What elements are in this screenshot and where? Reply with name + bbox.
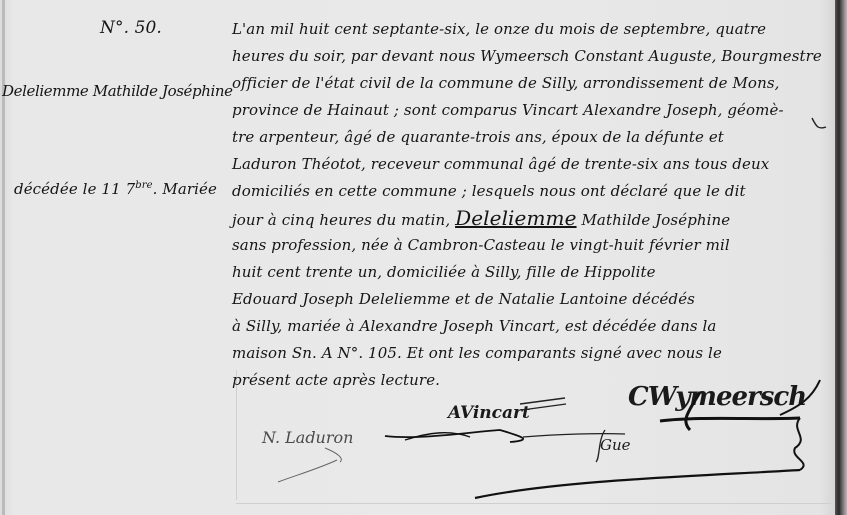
signature-mayor: CWymeersch — [628, 382, 806, 412]
body-line-6: Laduron Théotot, receveur communal âgé d… — [232, 155, 769, 173]
body-line-12: à Silly, mariée à Alexandre Joseph Vinca… — [232, 317, 716, 335]
body-line-8-text: jour à cinq heures du matin, — [232, 211, 450, 229]
deceased-surname-inline: Deleliemme — [455, 206, 577, 230]
body-line-10: huit cent trente un, domiciliée à Silly,… — [232, 263, 656, 281]
body-line-2: heures du soir, par devant nous Wymeersc… — [232, 47, 822, 65]
margin-note-month-superscript: bre — [135, 180, 152, 191]
body-line-7: domiciliés en cette commune ; lesquels n… — [232, 182, 746, 200]
body-line-5: tre arpenteur, âgé de quarante-trois ans… — [232, 128, 724, 146]
body-line-14: présent acte après lecture. — [232, 371, 440, 389]
binding-gutter — [835, 0, 847, 515]
body-line-11: Edouard Joseph Deleliemme et de Natalie … — [232, 290, 695, 308]
margin-note-date: décédée le 11 7 — [14, 180, 135, 198]
body-line-9: sans profession, née à Cambron-Casteau l… — [232, 236, 730, 254]
margin-deceased-name: Deleliemme Mathilde Joséphine — [2, 82, 233, 100]
margin-rule-line — [236, 370, 237, 500]
bottom-rule-line — [236, 503, 831, 504]
deceased-given-names-inline: Mathilde Joséphine — [581, 211, 730, 229]
signature-paraph: Gue — [600, 436, 631, 454]
signature-declarant-vincart: AVincart — [448, 403, 530, 423]
body-line-13: maison Sn. A N°. 105. Et ont les compara… — [232, 344, 722, 362]
body-line-8: jour à cinq heures du matin, Deleliemme … — [232, 206, 730, 230]
body-line-1: L'an mil huit cent septante-six, le onze… — [232, 20, 766, 38]
act-number: N°. 50. — [100, 18, 162, 38]
body-line-3: officier de l'état civil de la commune d… — [232, 74, 780, 92]
margin-death-note: décédée le 11 7bre. Mariée — [14, 180, 217, 198]
body-line-4: province de Hainaut ; sont comparus Vinc… — [232, 101, 784, 119]
margin-note-status: . Mariée — [153, 180, 217, 198]
page-left-edge — [2, 0, 5, 515]
signature-declarant-laduron: N. Laduron — [262, 428, 353, 447]
